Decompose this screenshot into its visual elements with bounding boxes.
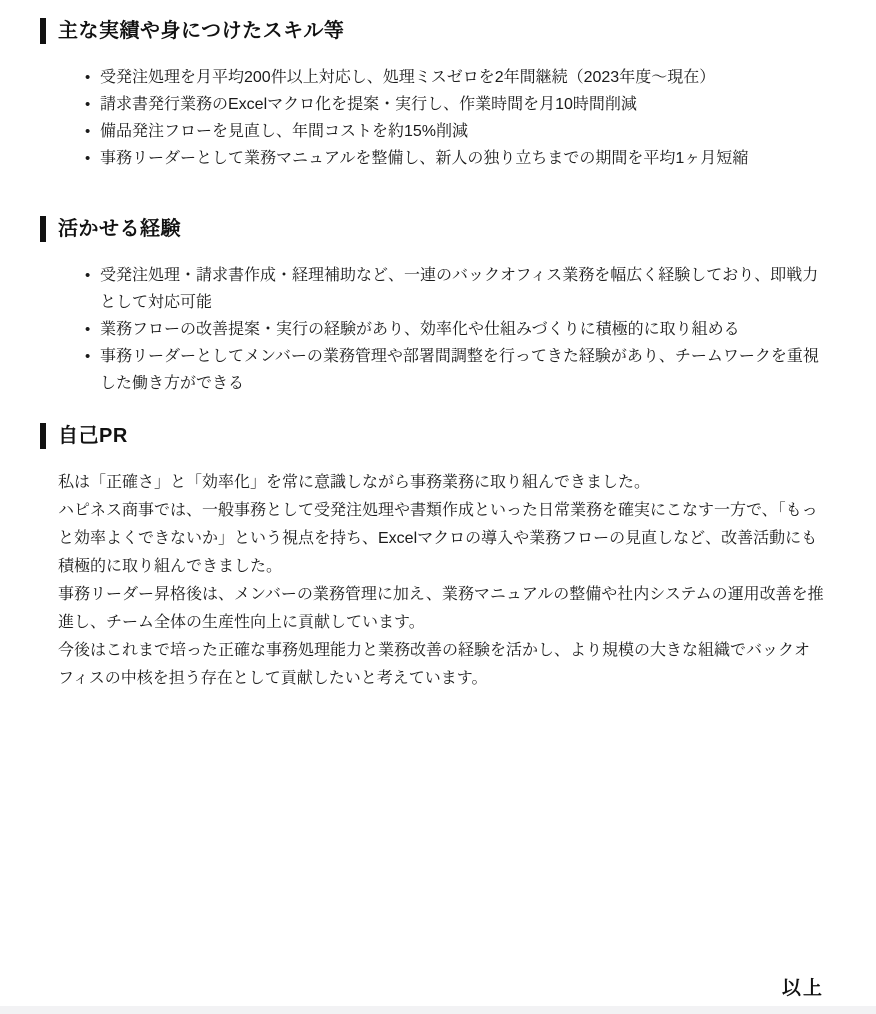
section-heading-experience: 活かせる経験 (40, 216, 824, 242)
pr-paragraph: 私は「正確さ」と「効率化」を常に意識しながら事務業務に取り組んできました。 (58, 469, 824, 497)
list-item: 事務リーダーとしてメンバーの業務管理や部署間調整を行ってきた経験があり、チームワ… (100, 343, 824, 397)
section-heading-achievements: 主な実績や身につけたスキル等 (40, 18, 824, 44)
section-experience: 活かせる経験 受発注処理・請求書作成・経理補助など、一連のバックオフィス業務を幅… (40, 216, 824, 397)
heading-bar-icon (40, 18, 46, 44)
heading-bar-icon (40, 423, 46, 449)
heading-bar-icon (40, 216, 46, 242)
section-self-pr: 自己PR 私は「正確さ」と「効率化」を常に意識しながら事務業務に取り組んできまし… (40, 423, 824, 693)
list-item: 請求書発行業務のExcelマクロ化を提案・実行し、作業時間を月10時間削減 (100, 91, 824, 118)
document-end-label: 以上 (782, 973, 824, 1000)
pr-paragraph: ハピネス商事では、一般事務として受発注処理や書類作成といった日常業務を確実にこな… (58, 497, 824, 581)
section-title: 活かせる経験 (58, 216, 181, 242)
pr-paragraph: 事務リーダー昇格後は、メンバーの業務管理に加え、業務マニュアルの整備や社内システ… (58, 581, 824, 637)
list-item: 受発注処理・請求書作成・経理補助など、一連のバックオフィス業務を幅広く経験してお… (100, 262, 824, 316)
pr-paragraph: 今後はこれまで培った正確な事務処理能力と業務改善の経験を活かし、より規模の大きな… (58, 637, 824, 693)
experience-bullet-list: 受発注処理・請求書作成・経理補助など、一連のバックオフィス業務を幅広く経験してお… (40, 262, 824, 397)
list-item: 備品発注フローを見直し、年間コストを約15%削減 (100, 118, 824, 145)
section-title: 主な実績や身につけたスキル等 (58, 18, 344, 44)
section-heading-self-pr: 自己PR (40, 423, 824, 449)
list-item: 受発注処理を月平均200件以上対応し、処理ミスゼロを2年間継続（2023年度〜現… (100, 64, 824, 91)
self-pr-text: 私は「正確さ」と「効率化」を常に意識しながら事務業務に取り組んできました。 ハピ… (58, 469, 824, 693)
section-title: 自己PR (58, 423, 128, 449)
list-item: 事務リーダーとして業務マニュアルを整備し、新人の独り立ちまでの期間を平均1ヶ月短… (100, 145, 824, 172)
resume-document-page: { "document": { "sections": [ { "heading… (0, 0, 876, 1014)
page-bottom-strip (0, 1006, 876, 1014)
document-content: 主な実績や身につけたスキル等 受発注処理を月平均200件以上対応し、処理ミスゼロ… (0, 0, 876, 693)
section-achievements: 主な実績や身につけたスキル等 受発注処理を月平均200件以上対応し、処理ミスゼロ… (40, 18, 824, 172)
list-item: 業務フローの改善提案・実行の経験があり、効率化や仕組みづくりに積極的に取り組める (100, 316, 824, 343)
achievements-bullet-list: 受発注処理を月平均200件以上対応し、処理ミスゼロを2年間継続（2023年度〜現… (40, 64, 824, 172)
